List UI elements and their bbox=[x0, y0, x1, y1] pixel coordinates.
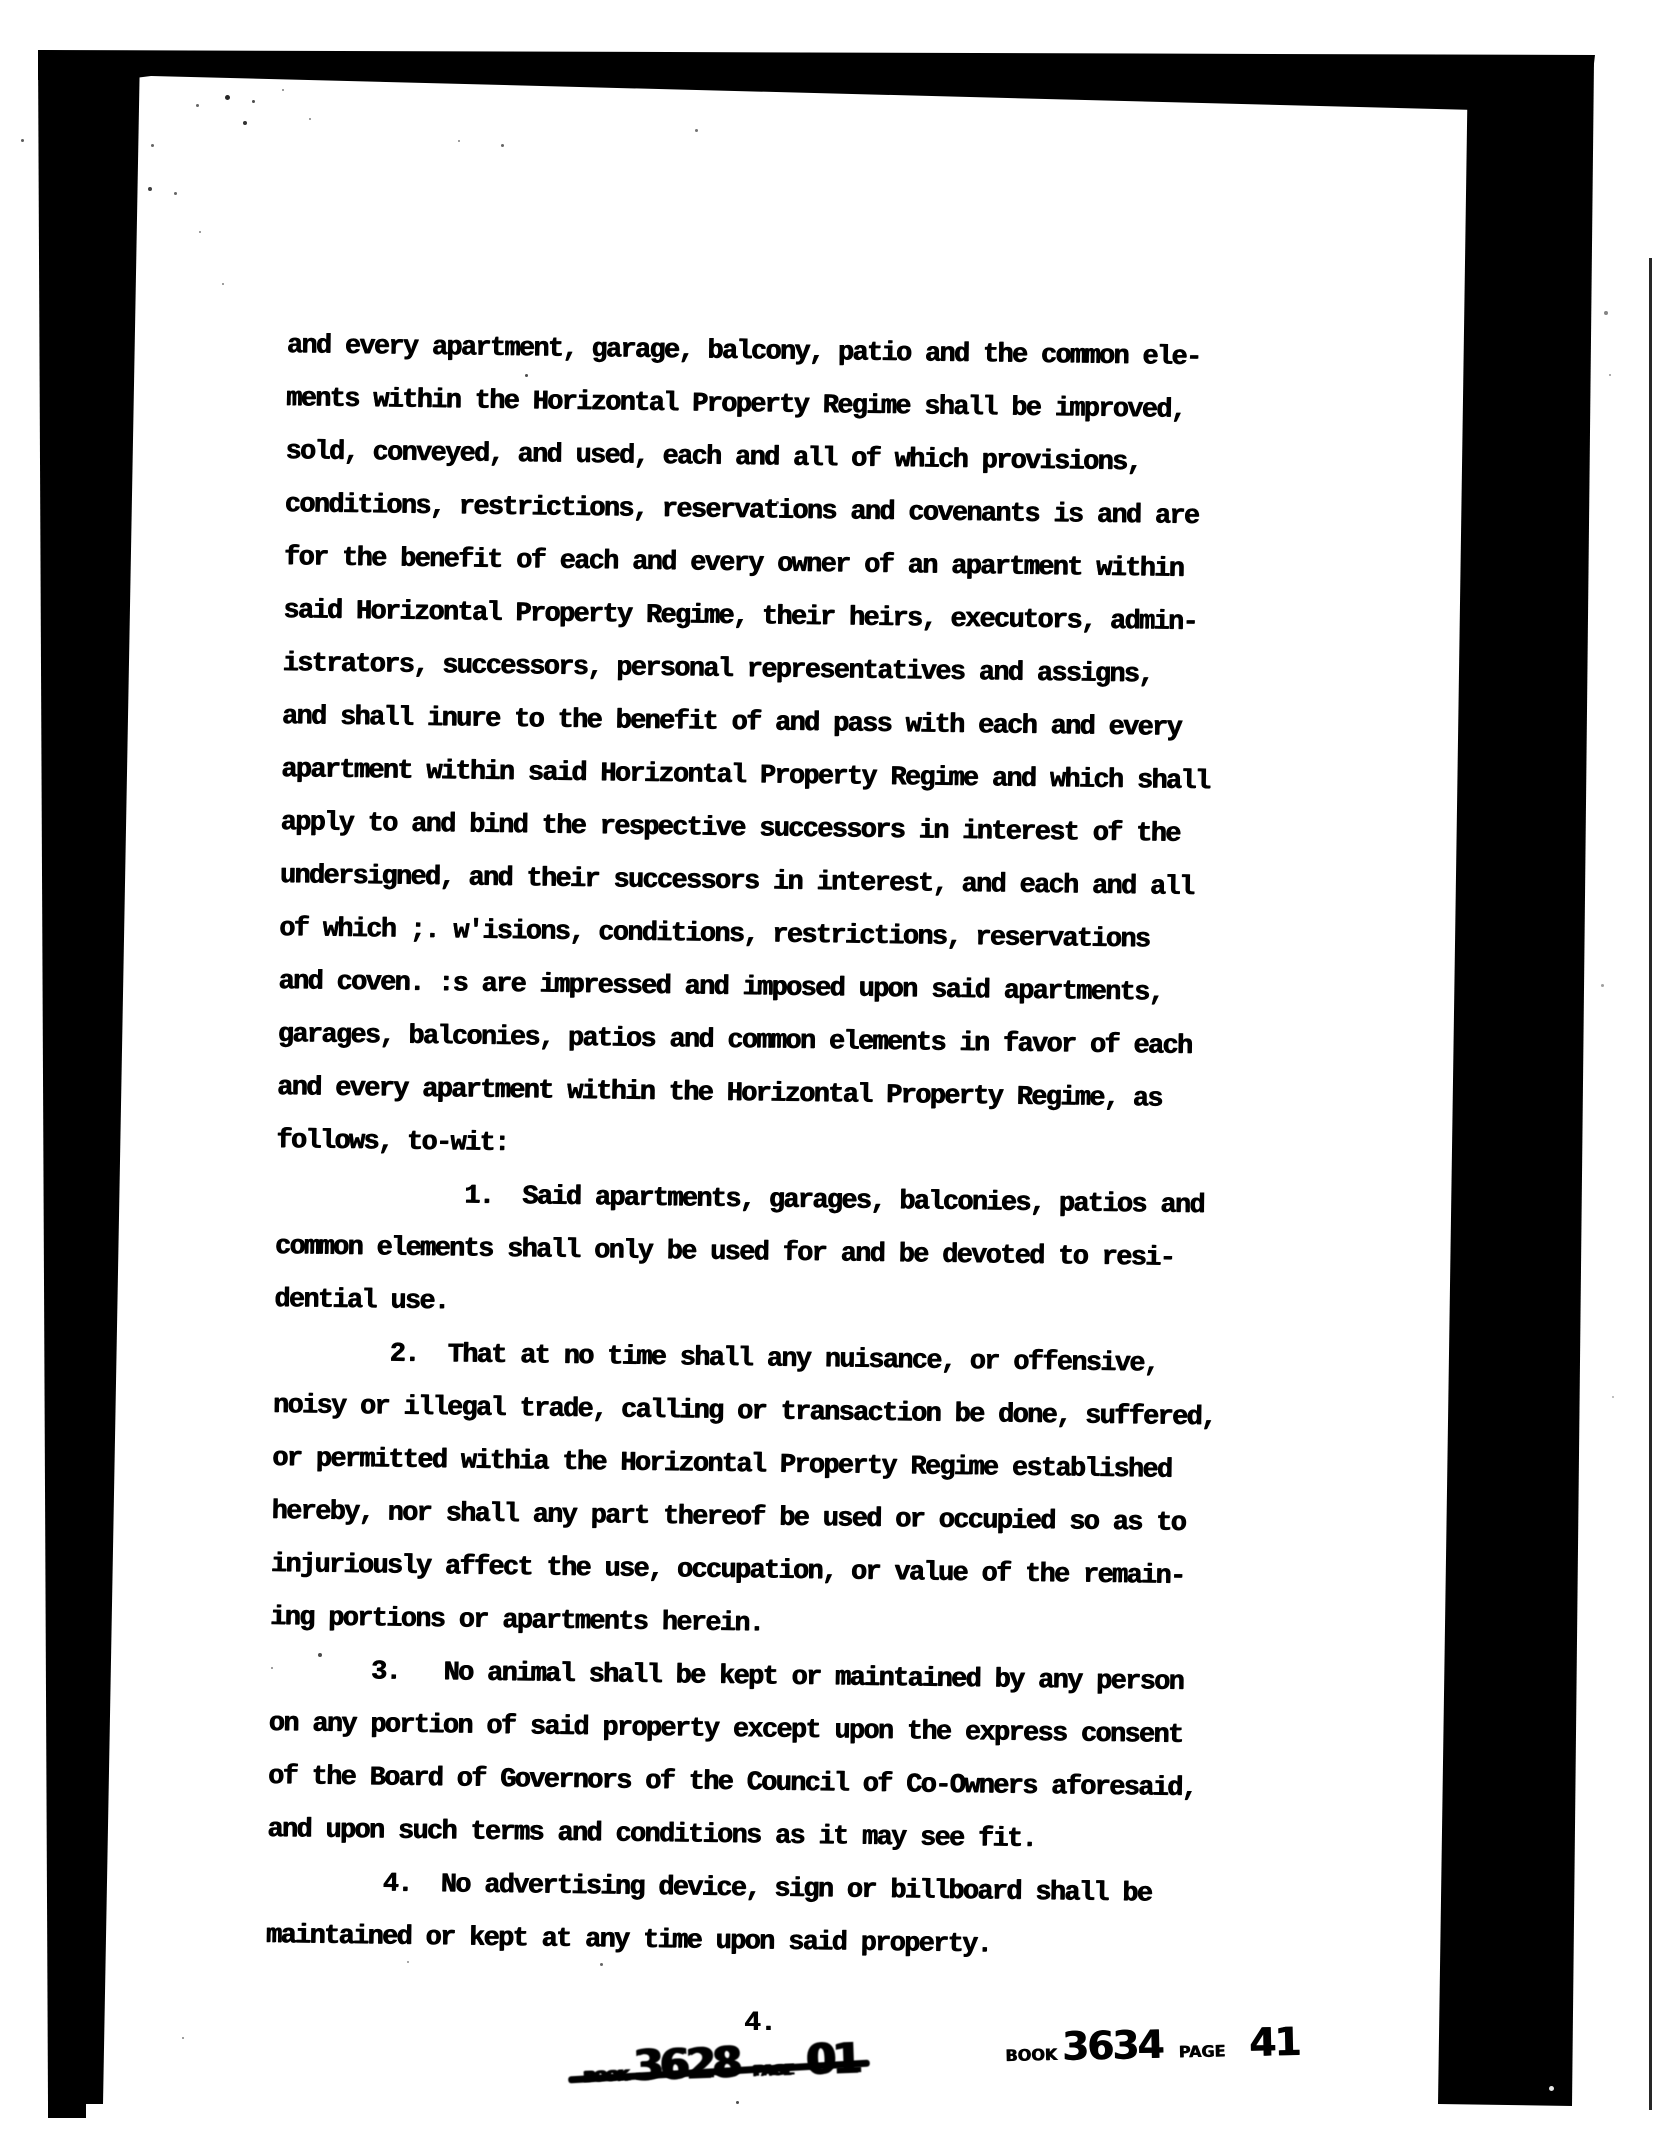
stamp-gap bbox=[1225, 2056, 1249, 2057]
old-stamp-page-number: 01 bbox=[805, 2037, 859, 2081]
old-stamp-book-number: 3628 bbox=[633, 2041, 739, 2087]
scan-border-top-band bbox=[38, 50, 1595, 114]
page-number: 4. bbox=[744, 2008, 776, 2039]
document-body: and every apartment, garage, balcony, pa… bbox=[265, 320, 1326, 1976]
new-stamp-book-number: 3634 bbox=[1061, 2026, 1162, 2067]
scan-border-left-column bbox=[38, 50, 140, 2104]
scanned-document-page: and every apartment, garage, balcony, pa… bbox=[0, 0, 1664, 2144]
book-page-stamp: BOOK 3634 PAGE 41 bbox=[1005, 2023, 1300, 2068]
scan-edge-line bbox=[1649, 258, 1652, 2110]
new-stamp-page-label: PAGE bbox=[1178, 2041, 1225, 2061]
scan-border-left-tail bbox=[48, 2100, 86, 2118]
new-stamp-book-label: BOOK bbox=[1005, 2045, 1057, 2065]
scan-border-right-column bbox=[1438, 58, 1594, 2106]
new-stamp-page-number: 41 bbox=[1249, 2023, 1300, 2063]
